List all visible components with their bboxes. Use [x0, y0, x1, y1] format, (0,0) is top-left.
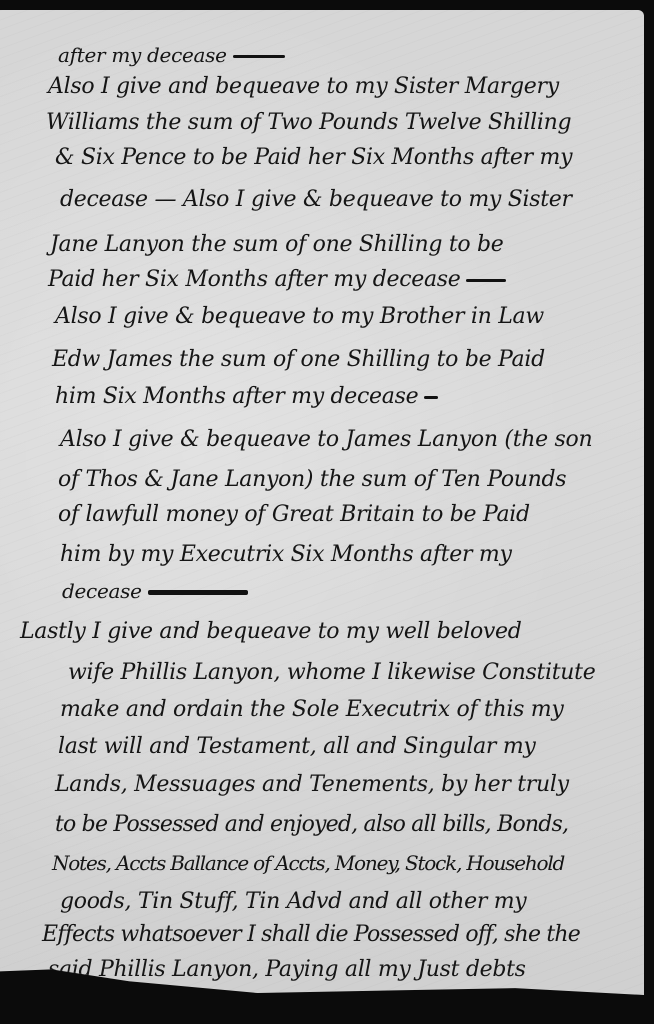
text-line-4: & Six Pence to be Paid her Six Months af…	[55, 143, 572, 173]
line-text: of lawfull money of Great Britain to be …	[58, 502, 530, 527]
text-line-1: after my decease	[58, 40, 285, 70]
text-line-5: decease — Also I give & bequeave to my S…	[60, 185, 572, 215]
line-text: Jane Lanyon the sum of one Shilling to b…	[50, 232, 504, 257]
text-line-2: Also I give and bequeave to my Sister Ma…	[48, 72, 559, 102]
line-text: Williams the sum of Two Pounds Twelve Sh…	[46, 110, 571, 135]
text-line-25: said Phillis Lanyon, Paying all my Just …	[48, 955, 526, 985]
heavy-dash-mark	[148, 590, 248, 595]
text-line-8: Also I give & bequeave to my Brother in …	[55, 302, 544, 332]
text-line-15: decease	[62, 576, 248, 606]
line-text: make and ordain the Sole Executrix of th…	[60, 697, 564, 722]
line-text: Effects whatsoever I shall die Possessed…	[42, 922, 580, 947]
dash-mark	[233, 55, 285, 58]
text-line-17: wife Phillis Lanyon, whome I likewise Co…	[68, 658, 595, 688]
text-line-23: goods, Tin Stuff, Tin Advd and all other…	[60, 887, 526, 917]
text-line-26: and legacies of any kind whatsoever, Rat…	[68, 992, 573, 995]
line-text: goods, Tin Stuff, Tin Advd and all other…	[60, 889, 526, 914]
text-line-19: last will and Testament, all and Singula…	[58, 732, 536, 762]
text-line-9: Edw James the sum of one Shilling to be …	[52, 345, 545, 375]
line-text: to be Possessed and enjoyed, also all bi…	[55, 812, 568, 837]
text-line-6: Jane Lanyon the sum of one Shilling to b…	[50, 230, 504, 260]
line-text: last will and Testament, all and Singula…	[58, 734, 536, 759]
line-text: Also I give and bequeave to my Sister Ma…	[48, 74, 559, 99]
text-line-3: Williams the sum of Two Pounds Twelve Sh…	[46, 108, 571, 138]
line-text: Lands, Messuages and Tenements, by her t…	[55, 772, 569, 797]
line-text: Also I give & bequeave to my Brother in …	[55, 304, 544, 329]
text-line-24: Effects whatsoever I shall die Possessed…	[42, 920, 580, 950]
line-text: after my decease	[58, 43, 227, 67]
line-text: & Six Pence to be Paid her Six Months af…	[55, 145, 572, 170]
dash-mark	[424, 396, 438, 399]
text-line-18: make and ordain the Sole Executrix of th…	[60, 695, 564, 725]
line-text: him by my Executrix Six Months after my	[60, 542, 512, 567]
scan-background: after my decease Also I give and bequeav…	[0, 0, 654, 1024]
text-line-10: him Six Months after my decease	[55, 382, 438, 412]
line-text: decease	[62, 579, 142, 603]
line-text: Paid her Six Months after my decease	[48, 267, 460, 292]
dash-mark	[466, 279, 506, 282]
text-line-22: Notes, Accts Ballance of Accts, Money, S…	[52, 848, 564, 878]
line-text: Edw James the sum of one Shilling to be …	[52, 347, 545, 372]
line-text: Also I give & bequeave to James Lanyon (…	[60, 427, 592, 452]
line-text: said Phillis Lanyon, Paying all my Just …	[48, 957, 526, 982]
text-line-16: Lastly I give and bequeave to my well be…	[20, 617, 522, 647]
text-line-13: of lawfull money of Great Britain to be …	[58, 500, 530, 530]
text-line-20: Lands, Messuages and Tenements, by her t…	[55, 770, 569, 800]
text-line-7: Paid her Six Months after my decease	[48, 265, 506, 295]
line-text: decease — Also I give & bequeave to my S…	[60, 187, 572, 212]
text-line-21: to be Possessed and enjoyed, also all bi…	[55, 810, 568, 840]
line-text: of Thos & Jane Lanyon) the sum of Ten Po…	[58, 467, 566, 492]
line-text: wife Phillis Lanyon, whome I likewise Co…	[68, 660, 595, 685]
line-text: Notes, Accts Ballance of Accts, Money, S…	[52, 851, 564, 875]
line-text: Lastly I give and bequeave to my well be…	[20, 619, 522, 644]
text-line-11: Also I give & bequeave to James Lanyon (…	[60, 425, 592, 455]
text-line-12: of Thos & Jane Lanyon) the sum of Ten Po…	[58, 465, 566, 495]
text-line-14: him by my Executrix Six Months after my	[60, 540, 512, 570]
manuscript-page: after my decease Also I give and bequeav…	[0, 10, 644, 995]
line-text: and legacies of any kind whatsoever, Rat…	[68, 994, 573, 995]
line-text: him Six Months after my decease	[55, 384, 418, 409]
